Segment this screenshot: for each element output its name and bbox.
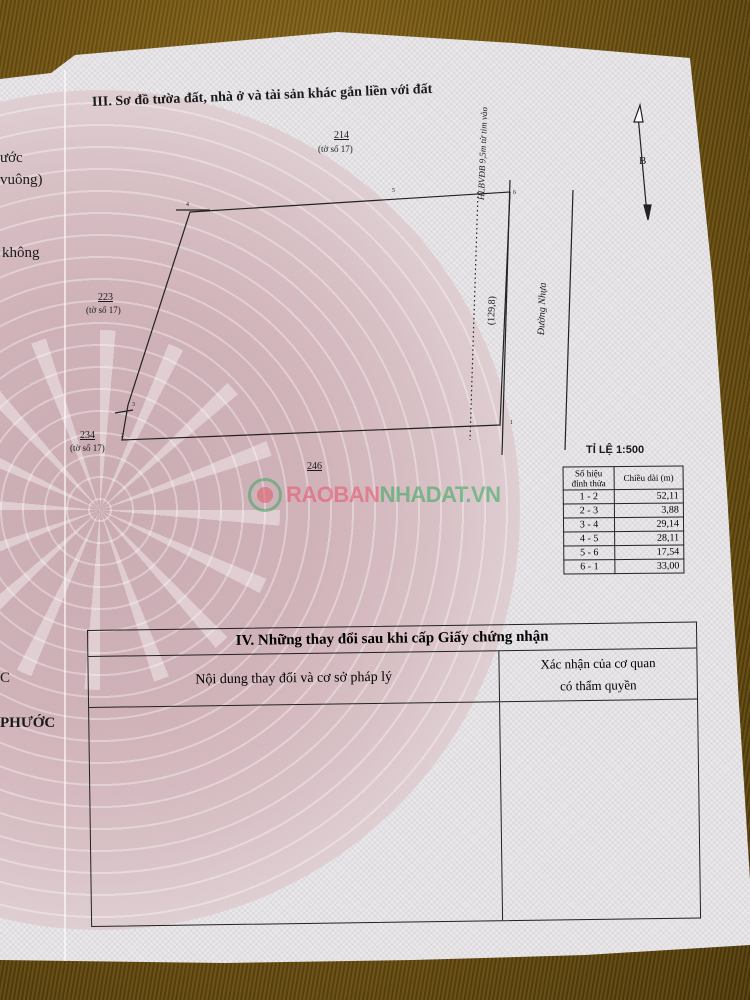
- table-row: 3 - 429,14: [563, 517, 683, 532]
- table-row: 2 - 33,88: [563, 503, 683, 518]
- authority-header: Xác nhận của cơ quan có thẩm quyền: [499, 648, 697, 701]
- section-4-changes-table: IV. Những thay đổi sau khi cấp Giấy chứn…: [87, 621, 701, 926]
- watermark-logo-icon: [248, 478, 282, 512]
- scale-label: TỈ LỆ 1:500: [586, 444, 644, 456]
- change-content-header: Nội dung thay đổi và cơ sở pháp lý: [88, 651, 500, 707]
- table-row: 4 - 528,11: [564, 531, 684, 546]
- site-watermark: RAOBANNHADAT.VN: [248, 478, 501, 512]
- parcel-214-number: 214: [334, 130, 349, 141]
- edge-length-table: Số hiệu đỉnh thửa Chiều dài (m) 1 - 252,…: [563, 465, 685, 574]
- road-edge: [565, 190, 573, 450]
- edge-header: Số hiệu đỉnh thửa: [563, 467, 614, 490]
- point-4: 4: [186, 202, 189, 208]
- parcel-246-number: 246: [307, 461, 322, 472]
- setback-line: [470, 192, 478, 440]
- point-1: 1: [510, 420, 513, 426]
- road-distance-label: (129,8): [486, 296, 498, 326]
- parcel-223-number: 223: [98, 292, 113, 303]
- point-5: 5: [392, 188, 395, 194]
- table-row: 6 - 133,00: [564, 559, 684, 574]
- road-name-label: Đường Nhựa: [536, 282, 549, 335]
- certificate-page: III. Sơ đồ tườa đất, nhà ở và tài sản kh…: [0, 0, 750, 1000]
- parcel-234-number: 234: [80, 430, 95, 441]
- point-3: 3: [132, 402, 135, 408]
- parcel-boundary: [122, 192, 510, 440]
- north-label: B: [639, 155, 646, 167]
- point-2: 2: [121, 433, 124, 439]
- point-6: 6: [513, 190, 516, 196]
- length-header: Chiều dài (m): [614, 466, 683, 490]
- parcel-234-sheet: (tờ số 17): [70, 443, 105, 453]
- parcel-223-sheet: (tờ số 17): [86, 305, 121, 315]
- parcel-214-sheet: (tờ số 17): [318, 144, 353, 154]
- table-row: 5 - 617,54: [564, 545, 684, 560]
- table-row: 1 - 252,11: [563, 489, 683, 504]
- change-content-cell: [89, 702, 503, 926]
